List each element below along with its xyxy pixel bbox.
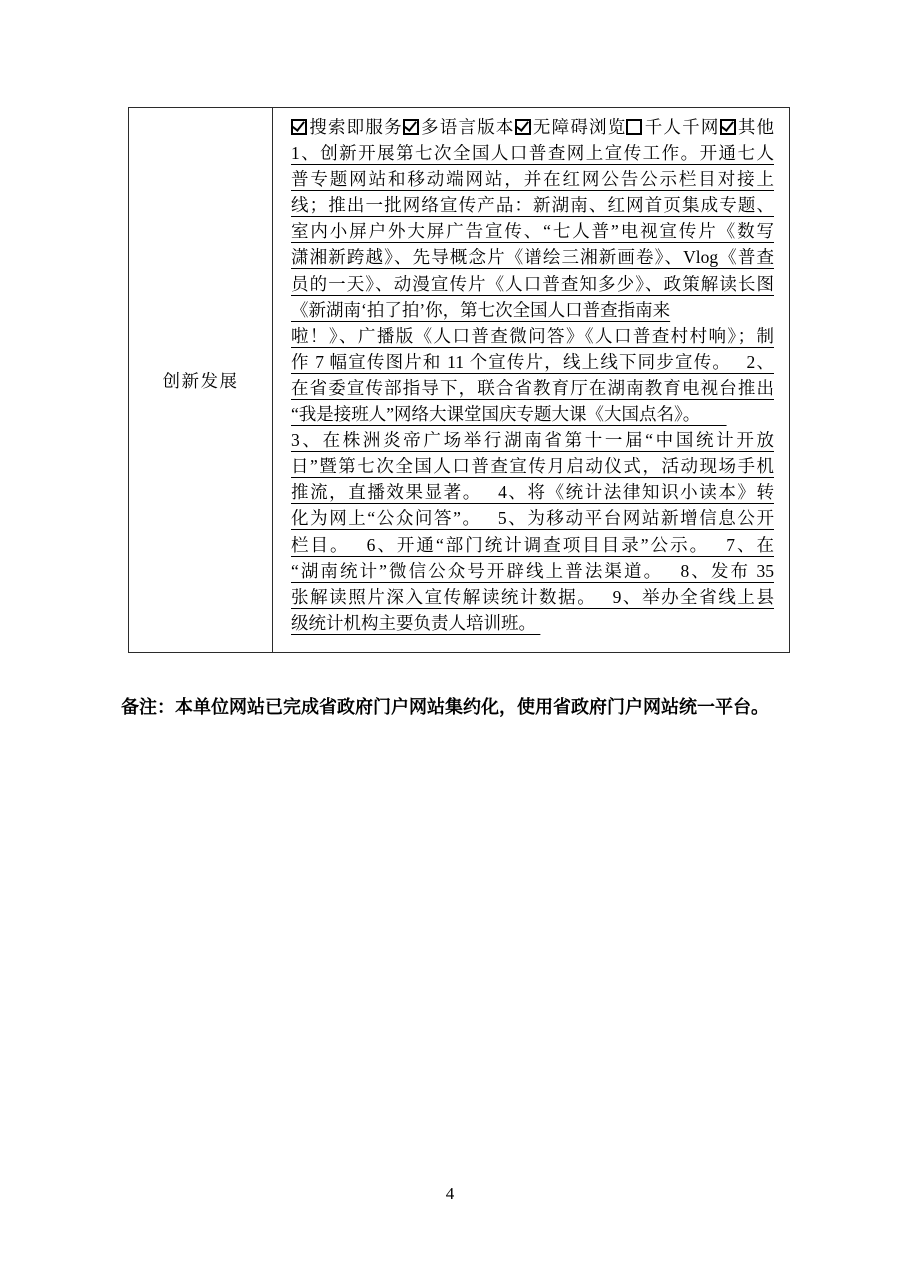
content-line: 普专题网站和移动端网站，并在红网公告公示栏目对接上 (291, 166, 774, 192)
content-line: 啦！》、广播版《人口普查微问答》《人口普查村村响》；制 (291, 323, 774, 349)
checkbox-row: 搜索即服务多语言版本无障碍浏览千人千网其他 (291, 114, 774, 140)
checkbox-label: 多语言版本 (420, 117, 515, 137)
checkbox-label: 无障碍浏览 (532, 117, 627, 137)
website-assessment-table: 创新发展 搜索即服务多语言版本无障碍浏览千人千网其他 1、创新开展第七次全国人口… (128, 107, 790, 653)
row-header-label: 创新发展 (163, 368, 239, 393)
checkbox-checked-icon[interactable] (403, 119, 419, 135)
row-header-cell: 创新发展 (129, 108, 273, 652)
content-line: 日”暨第七次全国人口普查宣传月启动仪式，活动现场手机 (291, 453, 774, 479)
content-line: 室内小屏户外大屏广告宣传、“七人普”电视宣传片《数写 (291, 218, 774, 244)
content-line: “我是接班人”网络大课堂国庆专题大课《大国点名》。 (291, 401, 774, 427)
content-line: 化为网上“公众问答”。 5、为移动平台网站新增信息公开 (291, 505, 774, 531)
content-line: 1、创新开展第七次全国人口普查网上宣传工作。开通七人 (291, 140, 774, 166)
content-line: 员的一天》、动漫宣传片《人口普查知多少》、政策解读长图 (291, 271, 774, 297)
content-line: 《新湖南‘拍了拍’你，第七次全国人口普查指南来 (291, 297, 774, 323)
remark-line: 备注：本单位网站已完成省政府门户网站集约化，使用省政府门户网站统一平台。 (121, 694, 791, 720)
row-content-cell: 搜索即服务多语言版本无障碍浏览千人千网其他 1、创新开展第七次全国人口普查网上宣… (273, 108, 789, 652)
checkbox-checked-icon[interactable] (720, 119, 736, 135)
checkbox-label: 千人千网 (643, 117, 719, 137)
content-line: 推流，直播效果显著。 4、将《统计法律知识小读本》转 (291, 479, 774, 505)
content-line: 线；推出一批网络宣传产品：新湖南、红网首页集成专题、 (291, 192, 774, 218)
content-line: 栏目。 6、开通“部门统计调查项目目录”公示。 7、在 (291, 532, 774, 558)
content-line: 级统计机构主要负责人培训班。 (291, 610, 774, 636)
content-line: 在省委宣传部指导下，联合省教育厅在湖南教育电视台推出 (291, 375, 774, 401)
page-number: 4 (0, 1184, 900, 1204)
content-line: 潇湘新跨越》、先导概念片《谱绘三湘新画卷》、Vlog《普查 (291, 244, 774, 270)
checkbox-label: 搜索即服务 (308, 117, 403, 137)
checkbox-unchecked-icon[interactable] (626, 119, 642, 135)
content-line: “湖南统计”微信公众号开辟线上普法渠道。 8、发布 35 (291, 558, 774, 584)
content-line: 张解读照片深入宣传解读统计数据。 9、举办全省线上县 (291, 584, 774, 610)
content-lines: 1、创新开展第七次全国人口普查网上宣传工作。开通七人普专题网站和移动端网站，并在… (291, 140, 774, 636)
checkbox-checked-icon[interactable] (291, 119, 307, 135)
checkbox-label: 其他 (737, 117, 774, 137)
checkbox-checked-icon[interactable] (515, 119, 531, 135)
content-line: 3、在株洲炎帝广场举行湖南省第十一届“中国统计开放 (291, 427, 774, 453)
content-line: 作 7 幅宣传图片和 11 个宣传片，线上线下同步宣传。 2、 (291, 349, 774, 375)
